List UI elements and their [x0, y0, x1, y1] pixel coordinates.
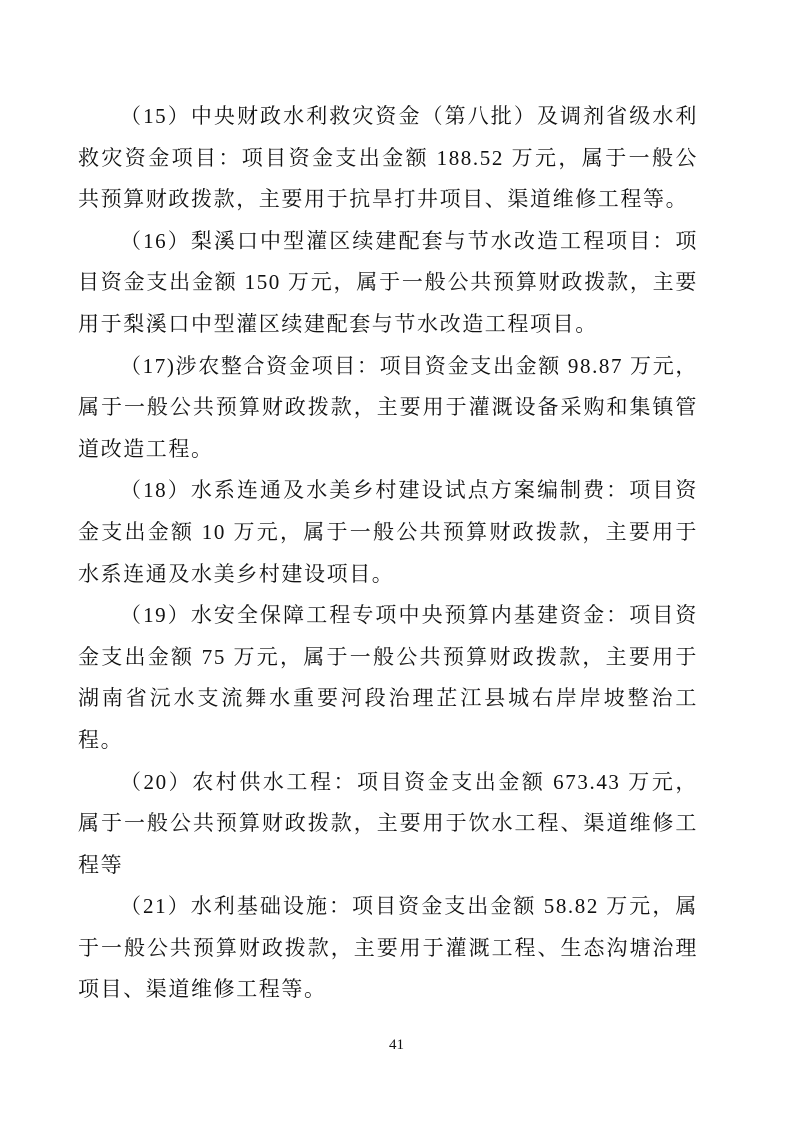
document-page: （15）中央财政水利救灾资金（第八批）及调剂省级水利救灾资金项目：项目资金支出金… [0, 0, 793, 1122]
document-body: （15）中央财政水利救灾资金（第八批）及调剂省级水利救灾资金项目：项目资金支出金… [78, 96, 698, 1011]
page-number: 41 [0, 1036, 793, 1054]
paragraph-item-18: （18）水系连通及水美乡村建设试点方案编制费：项目资金支出金额 10 万元，属于… [78, 470, 698, 595]
paragraph-item-17: （17)涉农整合资金项目：项目资金支出金额 98.87 万元，属于一般公共预算财… [78, 346, 698, 471]
paragraph-item-15: （15）中央财政水利救灾资金（第八批）及调剂省级水利救灾资金项目：项目资金支出金… [78, 96, 698, 221]
paragraph-item-21: （21）水利基础设施：项目资金支出金额 58.82 万元，属于一般公共预算财政拨… [78, 886, 698, 1011]
paragraph-item-16: （16）梨溪口中型灌区续建配套与节水改造工程项目：项目资金支出金额 150 万元… [78, 221, 698, 346]
paragraph-item-20: （20）农村供水工程：项目资金支出金额 673.43 万元，属于一般公共预算财政… [78, 762, 698, 887]
paragraph-item-19: （19）水安全保障工程专项中央预算内基建资金：项目资金支出金额 75 万元，属于… [78, 595, 698, 761]
